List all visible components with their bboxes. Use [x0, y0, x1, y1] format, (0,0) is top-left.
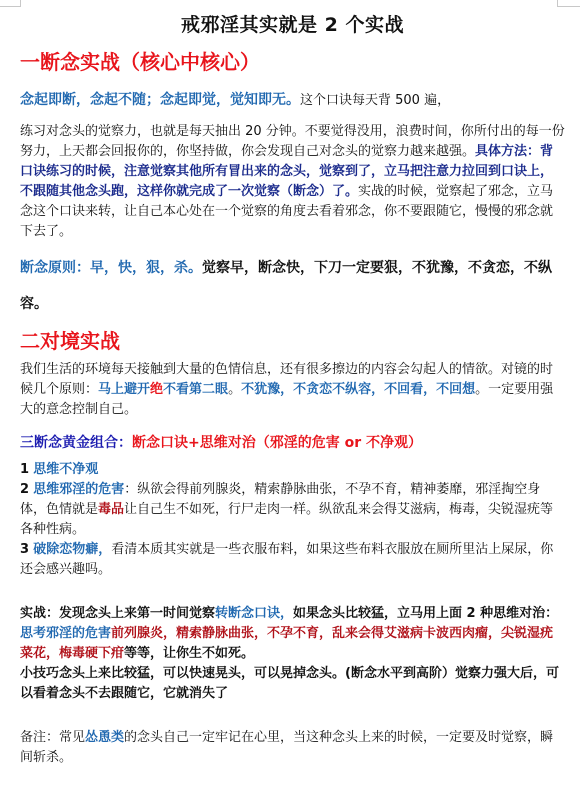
combat-mantra: 转断念口诀，	[215, 606, 293, 621]
document-title: 戒邪淫其实就是 2 个实战	[20, 11, 565, 39]
section1-paragraph: 练习对念头的觉察力，也就是每天抽出 20 分钟。不要觉得没用，浪费时间，你所付出…	[20, 122, 565, 242]
rule-red-char: 绝	[150, 382, 163, 397]
item-label: 破除恋物癖，	[33, 542, 111, 557]
section1-heading: 一断念实战（核心中核心）	[20, 49, 565, 75]
rule-no-second-look: 不看第二眼	[163, 382, 228, 397]
list-item-2: 2 思维邪淫的危害：纵欲会得前列腺炎，精索静脉曲张，不孕不育，精神萎靡，邪淫掏空…	[20, 480, 565, 540]
tip-paragraph: 小技巧念头上来比较猛，可以快速晃头，可以晃掉念头。(断念水平到高阶）觉察力强大后…	[20, 664, 565, 704]
item-number: 1	[20, 462, 29, 477]
section2-heading: 二对境实战	[20, 328, 565, 354]
combat-harm: 思考邪淫的危害	[20, 626, 111, 641]
note-lead: 备注：常见	[20, 730, 85, 745]
page-corner-mark-left	[0, 0, 21, 7]
section2-paragraph: 我们生活的环境每天接触到大量的色情信息，还有很多擦边的内容会勾起人的情欲。对镜的…	[20, 360, 565, 420]
list-item-3: 3 破除恋物癖，看清本质其实就是一些衣服布料，如果这些布料衣服放在厕所里沾上屎尿…	[20, 540, 565, 580]
note-paragraph: 备注：常见怂恿类的念头自己一定牢记在心里，当这种念头上来的时候，一定要及时觉察，…	[20, 728, 565, 768]
rule-list: 不犹豫，不贪恋不纵容，不回看，不回想	[241, 382, 475, 397]
note-keyword: 怂恿类	[85, 730, 124, 745]
poison-highlight: 毒品	[98, 502, 124, 517]
combat-tail: 等等，让你生不如死。	[124, 646, 254, 661]
item-colon: ：	[124, 482, 137, 497]
principle-label: 断念原则：早，快，狠，杀。	[20, 260, 202, 276]
section3-heading: 三断念黄金组合：断念口诀+思维对治（邪淫的危害 or 不净观）	[20, 432, 565, 454]
rule-sep: 。	[228, 382, 241, 397]
combat-mid: 如果念头比较猛，立马用上面 2 种思维对治：	[293, 606, 558, 621]
item-number: 2	[20, 482, 29, 497]
golden-combo-text: 断念口诀+思维对治（邪淫的危害 or 不净观）	[132, 435, 422, 451]
item-label: 思维邪淫的危害	[33, 482, 124, 497]
combat-paragraph: 实战：发现念头上来第一时间觉察转断念口诀，如果念头比较猛，立马用上面 2 种思维…	[20, 604, 565, 664]
combat-lead: 实战：发现念头上来第一时间觉察	[20, 606, 215, 621]
item-number: 3	[20, 542, 29, 557]
mantra-text: 念起即断，念起不随；念起即觉，觉知即无。	[20, 92, 300, 108]
principle-line: 断念原则：早，快，狠，杀。觉察早，断念快，下刀一定要狠，不犹豫，不贪恋，不纵容。	[20, 250, 565, 322]
section1-mantra-line: 念起即断，念起不随；念起即觉，觉知即无。这个口诀每天背 500 遍，	[20, 89, 565, 112]
rule-avoid: 马上避开	[98, 382, 150, 397]
golden-combo-label: 三断念黄金组合：	[20, 435, 132, 451]
list-item-1: 1 思维不净观	[20, 460, 565, 480]
mantra-tail: 这个口诀每天背 500 遍，	[300, 93, 450, 108]
document-page: 戒邪淫其实就是 2 个实战 一断念实战（核心中核心） 念起即断，念起不随；念起即…	[20, 0, 565, 768]
item-label: 思维不净观	[33, 462, 98, 477]
